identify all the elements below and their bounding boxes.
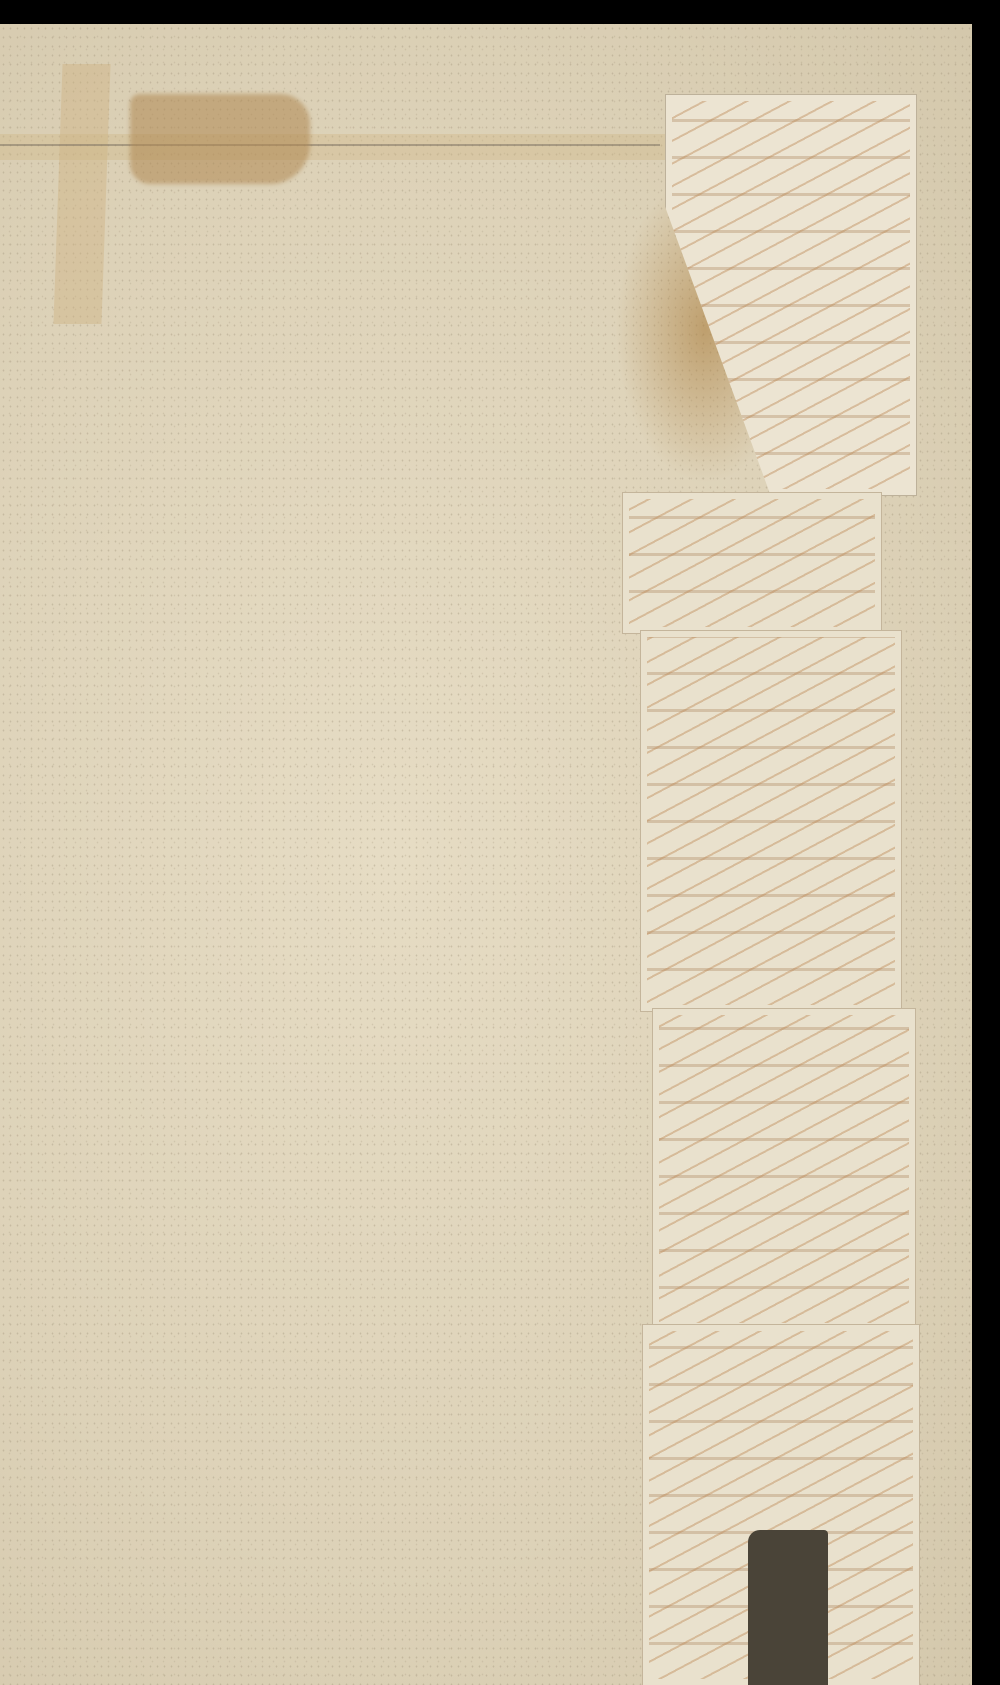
pasted-strip-1	[622, 492, 882, 634]
manuscript-page	[0, 24, 972, 1685]
bleed-through-script	[659, 1015, 909, 1323]
bleed-through-script	[629, 499, 875, 627]
mount-bar	[748, 1530, 828, 1685]
brown-stain	[130, 94, 310, 184]
tape-residue-vertical	[53, 64, 110, 324]
tape-residue-horizontal	[0, 134, 680, 160]
pasted-strip-2	[640, 630, 902, 1012]
bleed-through-script	[647, 637, 895, 1005]
pasted-strip-3	[652, 1008, 916, 1330]
fold-crease	[0, 144, 660, 146]
